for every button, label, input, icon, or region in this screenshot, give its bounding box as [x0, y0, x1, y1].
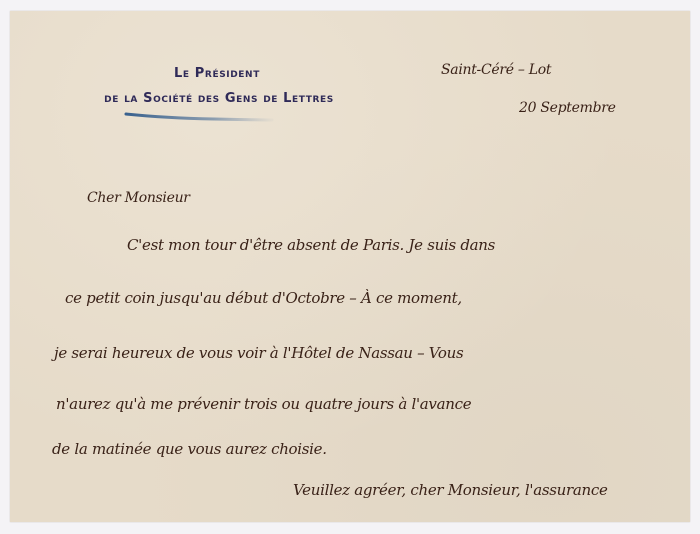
letterhead-organization: de la Société des Gens de Lettres	[74, 90, 364, 108]
letterhead-flourish-icon	[124, 112, 274, 122]
letter-body-line: ce petit coin jusqu'au début d'Octobre –…	[65, 289, 462, 307]
letter-body-line: n'aurez qu'à me prévenir trois ou quatre…	[56, 395, 471, 413]
letter-place: Saint-Céré – Lot	[441, 62, 551, 78]
letter-body-line: C'est mon tour d'être absent de Paris. J…	[127, 236, 495, 254]
letterhead-title: Le Président	[156, 65, 278, 83]
letter-date: 20 Septembre	[519, 100, 616, 116]
letter-closing: Veuillez agréer, cher Monsieur, l'assura…	[293, 481, 608, 499]
letter-body-line: de la matinée que vous aurez choisie.	[52, 440, 327, 458]
letter-body-line: je serai heureux de vous voir à l'Hôtel …	[54, 344, 463, 362]
letter-salutation: Cher Monsieur	[87, 190, 190, 206]
